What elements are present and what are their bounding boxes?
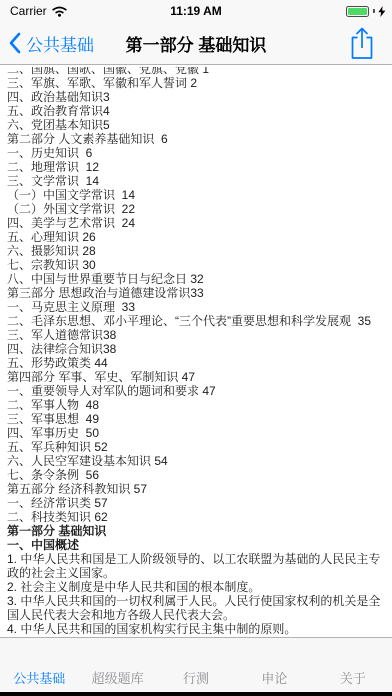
status-right [346, 0, 386, 22]
tab-essay[interactable]: 申论 [235, 638, 313, 692]
toc-line: 一、马克思主义原理 33 [7, 300, 388, 314]
toc-clipped-line: 二、国旗、国歌、国徽、党旗、党徽 1 [7, 67, 388, 76]
battery-tip [373, 9, 375, 13]
chevron-left-icon [8, 32, 21, 54]
section-header: 第一部分 基础知识 [7, 524, 388, 538]
toc-line: 四、美学与艺术常识 24 [7, 216, 388, 230]
body-paragraph: 2. 社会主义制度是中华人民共和国的根本制度。 [7, 580, 388, 594]
toc-line: 三、军事思想 49 [7, 412, 388, 426]
toc-line: 四、军事历史 50 [7, 426, 388, 440]
toc-line: 第五部分 经济科教知识 57 [7, 482, 388, 496]
back-button-label: 公共基础 [26, 31, 94, 56]
back-button[interactable]: 公共基础 [8, 31, 94, 56]
tab-public-basics[interactable]: 公共基础 [0, 638, 78, 692]
toc-line: 一、经济常识类 57 [7, 496, 388, 510]
toc-line: 一、重要领导人对军队的题词和要求 47 [7, 384, 388, 398]
toc-line: 二、科技类知识 62 [7, 510, 388, 524]
share-icon [348, 26, 376, 60]
toc-line: （一）中国文学常识 14 [7, 188, 388, 202]
toc-line: 二、毛泽东思想、邓小平理论、“三个代表”重要思想和科学发展观 35 [7, 314, 388, 328]
toc-line: （二）外国文学常识 22 [7, 202, 388, 216]
toc-line: 第二部分 人文素养基础知识 6 [7, 132, 388, 146]
tab-about[interactable]: 关于 [314, 638, 392, 692]
toc-line: 七、条令条例 56 [7, 468, 388, 482]
body-paragraph: 3. 中华人民共和国的一切权利属于人民。人民行使国家权利的机关是全国人民代表大会… [7, 594, 388, 622]
toc-line: 六、摄影知识 28 [7, 244, 388, 258]
toc-line: 五、心理知识 26 [7, 230, 388, 244]
toc-line: 三、军旗、军歌、军徽和军人誓词 2 [7, 76, 388, 90]
document-scroll-view[interactable]: 二、国旗、国歌、国徽、党旗、党徽 1 三、军旗、军歌、军徽和军人誓词 2 四、政… [0, 65, 392, 637]
toc-line: 七、宗教知识 30 [7, 258, 388, 272]
body-paragraph: 1. 中华人民共和国是工人阶级领导的、以工农联盟为基础的人民民主专政的社会主义国… [7, 552, 388, 580]
status-bar: Carrier 11:19 AM [0, 0, 392, 22]
toc-line: 三、军人道德常识38 [7, 328, 388, 342]
toc-line: 第四部分 军事、军史、军制知识 47 [7, 370, 388, 384]
share-button[interactable] [348, 26, 376, 60]
screen-bottom-bar [0, 692, 392, 696]
navigation-bar: 公共基础 第一部分 基础知识 [0, 22, 392, 65]
toc-line: 二、军事人物 48 [7, 398, 388, 412]
toc-line: 五、政治教育常识4 [7, 104, 388, 118]
toc-line: 六、人民空军建设基本知识 54 [7, 454, 388, 468]
app-screen: Carrier 11:19 AM [0, 0, 392, 696]
toc-line: 八、中国与世界重要节日与纪念日 32 [7, 272, 388, 286]
body-paragraph: 4. 中华人民共和国的国家机构实行民主集中制的原则。 [7, 622, 388, 636]
toc-line: 五、形势政策类 44 [7, 356, 388, 370]
toc-line: 四、政治基础知识3 [7, 90, 388, 104]
toc-line: 二、地理常识 12 [7, 160, 388, 174]
toc-line: 第三部分 思想政治与道德建设常识33 [7, 286, 388, 300]
battery-icon [346, 6, 369, 17]
charging-bolt-icon [378, 6, 386, 17]
status-time: 11:19 AM [0, 4, 392, 18]
toc-line: 六、党团基本知识5 [7, 118, 388, 132]
tab-super-question-bank[interactable]: 超级题库 [78, 638, 156, 692]
tab-aptitude-test[interactable]: 行测 [157, 638, 235, 692]
section-header: 一、中国概述 [7, 538, 388, 552]
toc-line: 三、文学常识 14 [7, 174, 388, 188]
tab-bar: 公共基础 超级题库 行测 申论 关于 [0, 637, 392, 692]
toc-line: 四、法律综合知识38 [7, 342, 388, 356]
toc-line: 五、军兵种知识 52 [7, 440, 388, 454]
toc-line: 一、历史知识 6 [7, 146, 388, 160]
